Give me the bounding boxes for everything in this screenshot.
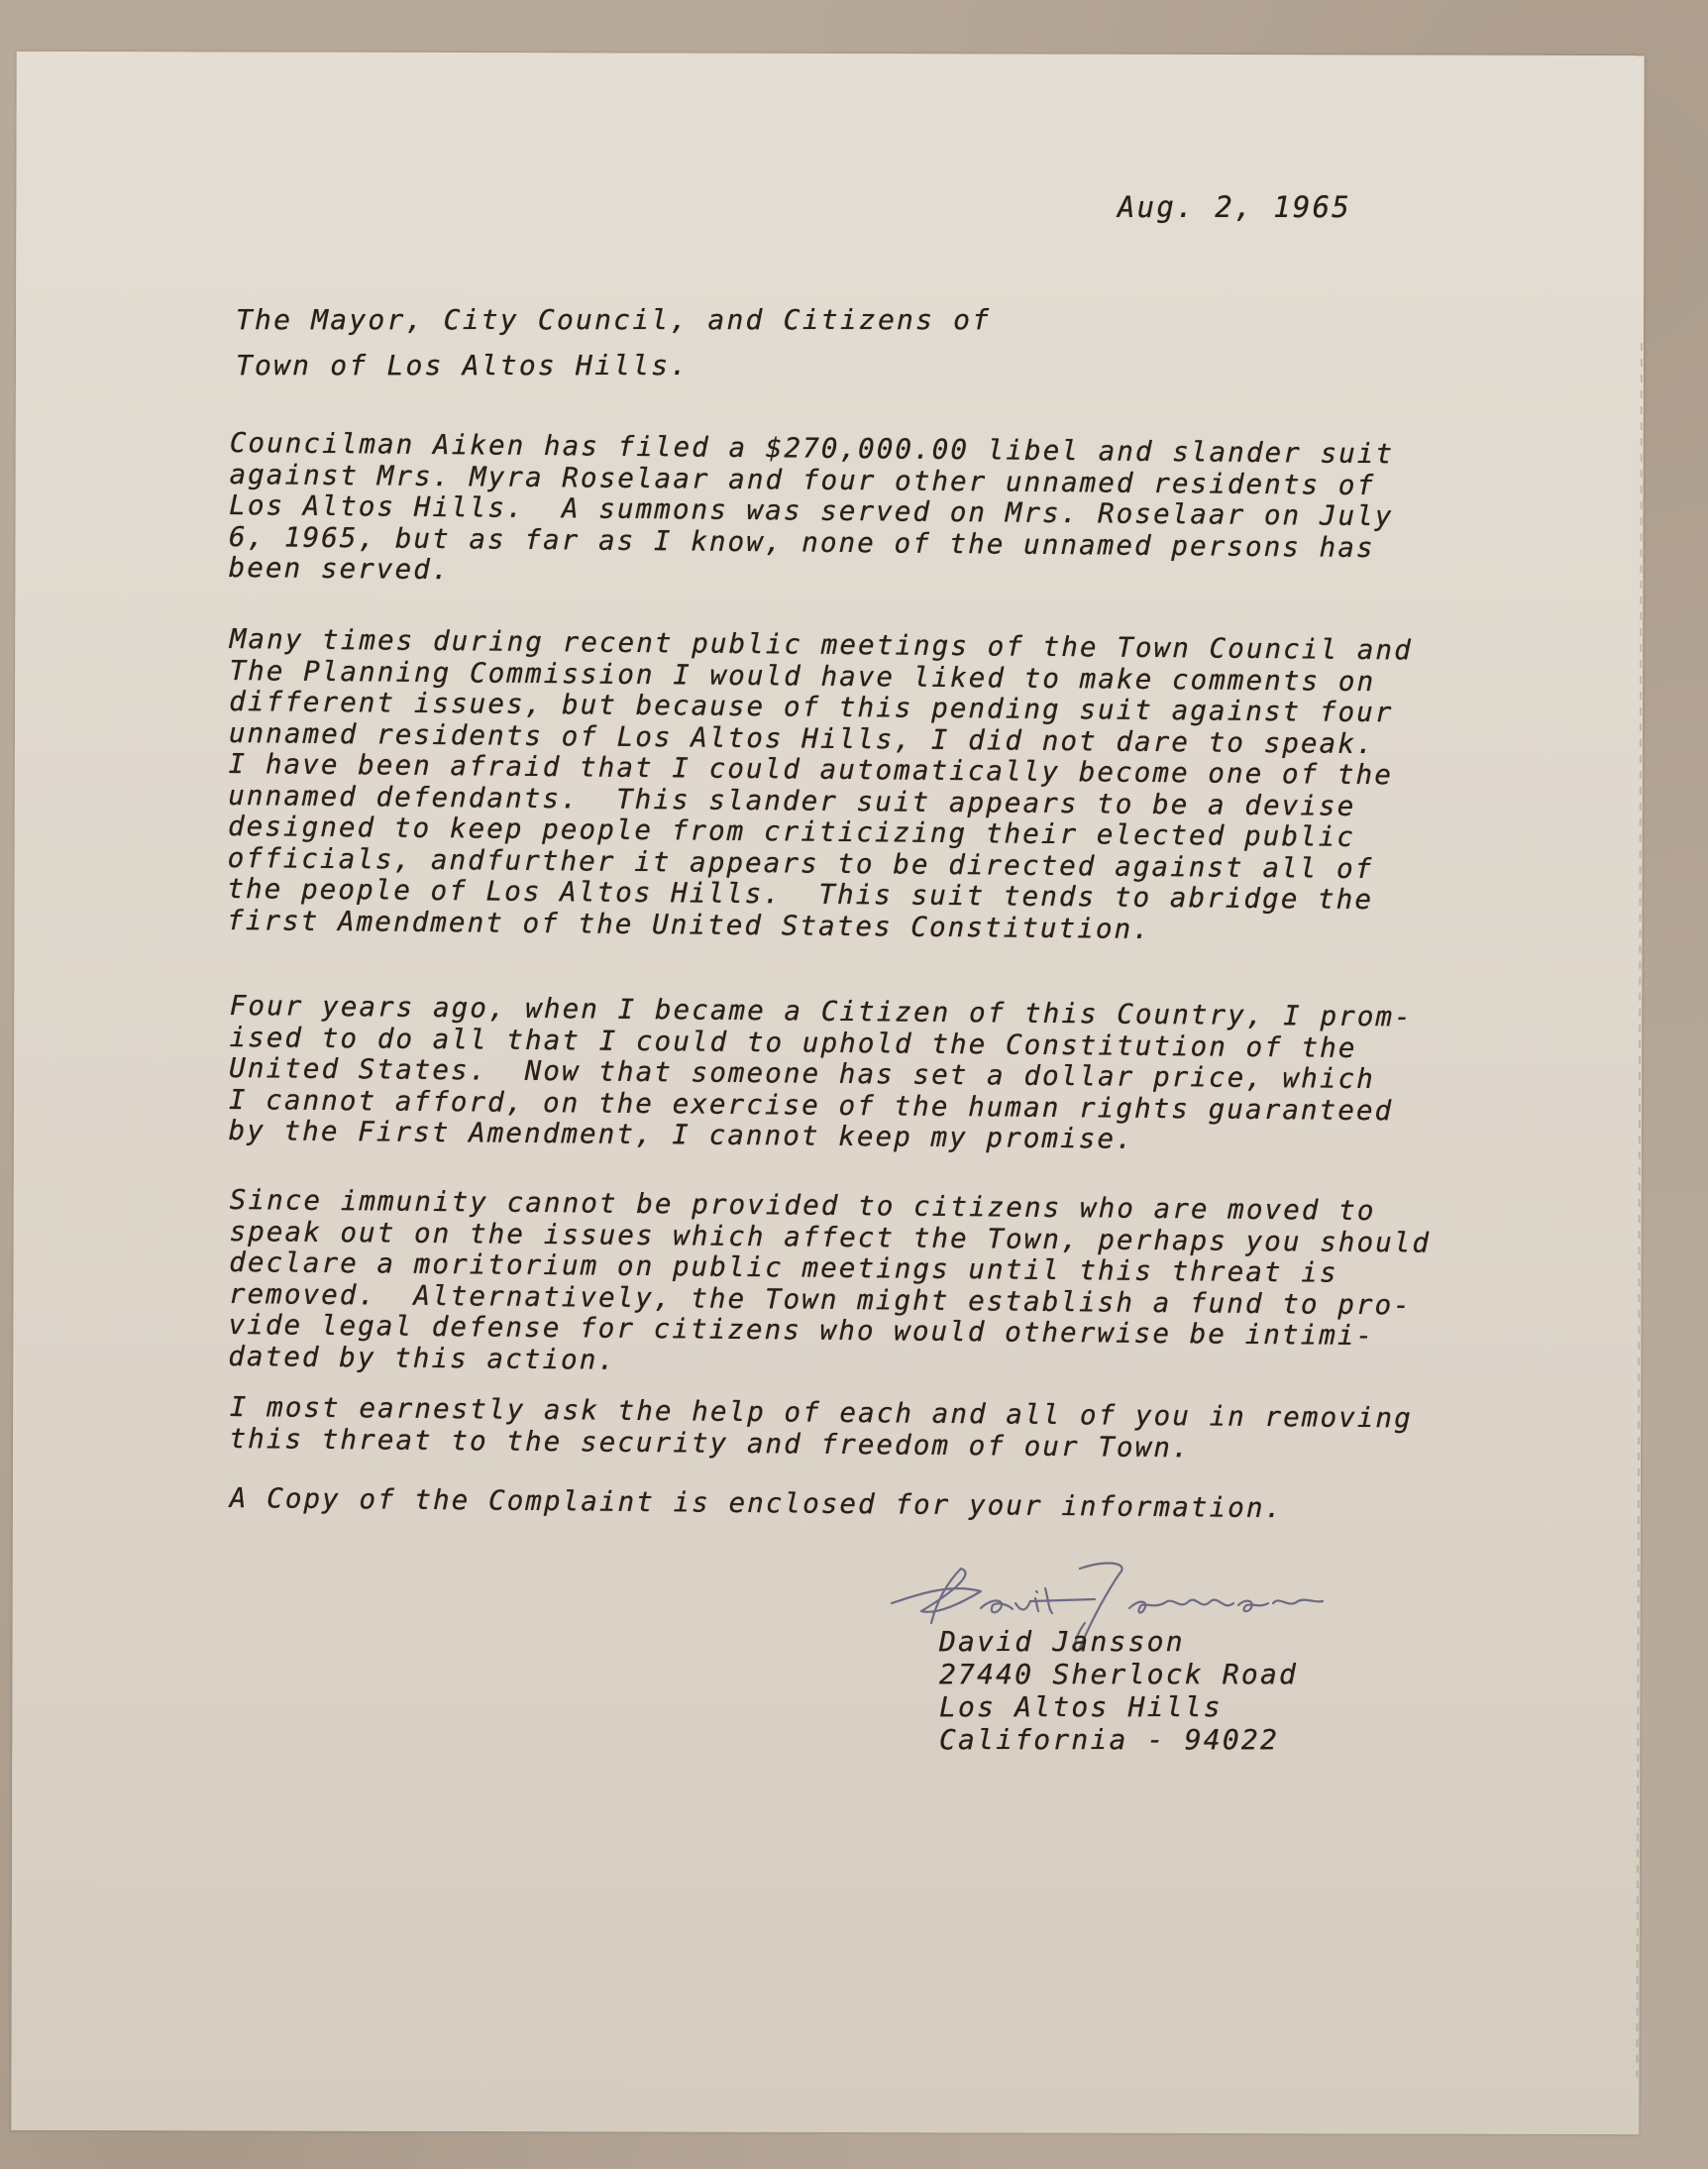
paragraph-lawsuit: Councilman Aiken has filed a $270,000.00… [228, 428, 1497, 596]
signer-address-street: 27440 Sherlock Road [939, 1658, 1298, 1690]
signer-address-city: Los Altos Hills [939, 1690, 1223, 1723]
letter-date: Aug. 2, 1965 [1118, 190, 1351, 224]
letter-addressee: The Mayor, City Council, and Citizens of… [236, 297, 991, 388]
paragraph-immunity: Since immunity cannot be provided to cit… [228, 1185, 1498, 1384]
paragraph-public-meetings: Many times during recent public meetings… [227, 624, 1498, 948]
paragraph-line: dated by this action. [228, 1340, 616, 1375]
signer-address-state: California - 94022 [939, 1723, 1279, 1756]
signature-block: David Jansson 27440 Sherlock Road Los Al… [939, 1625, 1298, 1756]
addressee-line-2: Town of Los Altos Hills. [236, 349, 689, 381]
paragraph-citizenship: Four years ago, when I became a Citizen … [228, 991, 1497, 1159]
addressee-line-1: The Mayor, City Council, and Citizens of [236, 303, 991, 336]
paragraph-line: been served. [228, 552, 450, 586]
signer-name: David Jansson [939, 1625, 1185, 1658]
paragraph-request: I most earnestly ask the help of each an… [229, 1392, 1498, 1466]
